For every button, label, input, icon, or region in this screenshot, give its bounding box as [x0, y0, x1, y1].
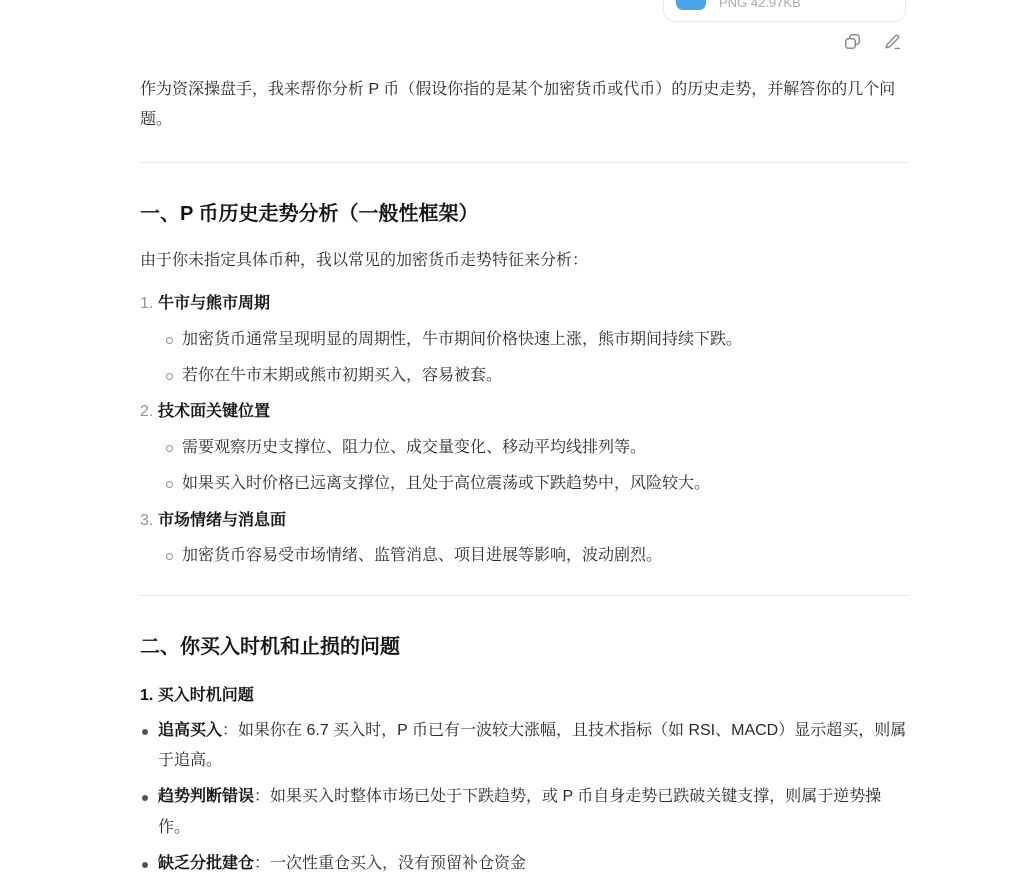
- list-item: 1. 牛市与熊市周期 加密货币通常呈现明显的周期性，牛市期间价格快速上涨，熊市期…: [140, 289, 908, 391]
- sub-list-item: 若你在牛市末期或熊市初期买入，容易被套。: [166, 361, 908, 391]
- section-divider: [140, 595, 908, 596]
- sub-list-item: 加密货币通常呈现明显的周期性，牛市期间价格快速上涨，熊市期间持续下跌。: [166, 325, 908, 355]
- sub-item-text: 若你在牛市末期或熊市初期买入，容易被套。: [182, 361, 502, 391]
- message-actions: [140, 31, 902, 51]
- circle-bullet-icon: [166, 373, 173, 380]
- bullet-item: 缺乏分批建仓：一次性重仓买入，没有预留补仓资金: [140, 849, 908, 879]
- edit-icon: [883, 32, 902, 51]
- circle-bullet-icon: [166, 337, 173, 344]
- timing-issues-list: 追高买入：如果你在 6.7 买入时，P 币已有一波较大涨幅，且技术指标（如 RS…: [140, 716, 908, 880]
- list-number: 3.: [140, 506, 158, 536]
- sub-list-item: 如果买入时价格已远离支撑位，且处于高位震荡或下跌趋势中，风险较大。: [166, 469, 908, 499]
- section-divider: [140, 162, 908, 163]
- bullet-term: 趋势判断错误: [158, 788, 254, 805]
- sub-list-item: 需要观察历史支撑位、阻力位、成交量变化、移动平均线排列等。: [166, 433, 908, 463]
- dot-bullet-icon: [142, 729, 148, 735]
- sub-list-item: 加密货币容易受市场情绪、监管消息、项目进展等影响，波动剧烈。: [166, 541, 908, 571]
- bullet-desc: 一次性重仓买入，没有预留补仓资金: [270, 855, 526, 872]
- list-item-title: 牛市与熊市周期: [158, 289, 270, 319]
- edit-button[interactable]: [883, 32, 902, 51]
- bullet-term: 追高买入: [158, 722, 222, 739]
- circle-bullet-icon: [166, 445, 173, 452]
- file-meta: PNG 42.97KB: [719, 0, 801, 12]
- list-item: 3. 市场情绪与消息面 加密货币容易受市场情绪、监管消息、项目进展等影响，波动剧…: [140, 506, 908, 572]
- sub-list: 加密货币容易受市场情绪、监管消息、项目进展等影响，波动剧烈。: [166, 541, 908, 571]
- bullet-item: 追高买入：如果你在 6.7 买入时，P 币已有一波较大涨幅，且技术指标（如 RS…: [140, 716, 908, 777]
- sub-item-text: 加密货币通常呈现明显的周期性，牛市期间价格快速上涨，熊市期间持续下跌。: [182, 325, 742, 355]
- sub-list: 加密货币通常呈现明显的周期性，牛市期间价格快速上涨，熊市期间持续下跌。 若你在牛…: [166, 325, 908, 392]
- bullet-colon: ：: [254, 788, 270, 805]
- copy-icon: [843, 32, 862, 51]
- list-item-title: 市场情绪与消息面: [158, 506, 286, 536]
- dot-bullet-icon: [142, 795, 148, 801]
- section2-heading: 二、你买入时机和止损的问题: [140, 632, 908, 662]
- section1-lead: 由于你未指定具体币种，我以常见的加密货币走势特征来分析：: [140, 246, 908, 276]
- section2-subheading: 1. 买入时机问题: [140, 681, 908, 711]
- list-number: 1.: [140, 289, 158, 319]
- file-attachment-card[interactable]: PNG 42.97KB: [663, 0, 906, 22]
- bullet-text: 追高买入：如果你在 6.7 买入时，P 币已有一波较大涨幅，且技术指标（如 RS…: [158, 716, 908, 777]
- sub-list: 需要观察历史支撑位、阻力位、成交量变化、移动平均线排列等。 如果买入时价格已远离…: [166, 433, 908, 500]
- bullet-colon: ：: [222, 722, 238, 739]
- bullet-colon: ：: [254, 855, 270, 872]
- dot-bullet-icon: [142, 862, 148, 868]
- bullet-item: 趋势判断错误：如果买入时整体市场已处于下跌趋势，或 P 币自身走势已跌破关键支撑…: [140, 782, 908, 843]
- intro-paragraph: 作为资深操盘手，我来帮你分析 P 币（假设你指的是某个加密货币或代币）的历史走势…: [140, 75, 908, 136]
- list-item-title: 技术面关键位置: [158, 397, 270, 427]
- analysis-list: 1. 牛市与熊市周期 加密货币通常呈现明显的周期性，牛市期间价格快速上涨，熊市期…: [140, 289, 908, 571]
- assistant-message: 作为资深操盘手，我来帮你分析 P 币（假设你指的是某个加密货币或代币）的历史走势…: [140, 75, 908, 880]
- circle-bullet-icon: [166, 481, 173, 488]
- bullet-term: 缺乏分批建仓: [158, 855, 254, 872]
- bullet-text: 趋势判断错误：如果买入时整体市场已处于下跌趋势，或 P 币自身走势已跌破关键支撑…: [158, 782, 908, 843]
- chat-column: PNG 42.97KB 作为资深操盘手，我来帮你分析 P 币（假设你指的是某个加…: [140, 0, 908, 880]
- image-file-icon: [676, 0, 706, 10]
- sub-item-text: 加密货币容易受市场情绪、监管消息、项目进展等影响，波动剧烈。: [182, 541, 662, 571]
- copy-button[interactable]: [843, 32, 862, 51]
- sub-item-text: 需要观察历史支撑位、阻力位、成交量变化、移动平均线排列等。: [182, 433, 646, 463]
- attachment-row: PNG 42.97KB: [140, 0, 908, 22]
- bullet-desc: 如果你在 6.7 买入时，P 币已有一波较大涨幅，且技术指标（如 RSI、MAC…: [158, 722, 906, 769]
- list-item: 2. 技术面关键位置 需要观察历史支撑位、阻力位、成交量变化、移动平均线排列等。…: [140, 397, 908, 499]
- sub-item-text: 如果买入时价格已远离支撑位，且处于高位震荡或下跌趋势中，风险较大。: [182, 469, 710, 499]
- list-number: 2.: [140, 397, 158, 427]
- circle-bullet-icon: [166, 553, 173, 560]
- bullet-text: 缺乏分批建仓：一次性重仓买入，没有预留补仓资金: [158, 849, 526, 879]
- section1-heading: 一、P 币历史走势分析（一般性框架）: [140, 199, 908, 229]
